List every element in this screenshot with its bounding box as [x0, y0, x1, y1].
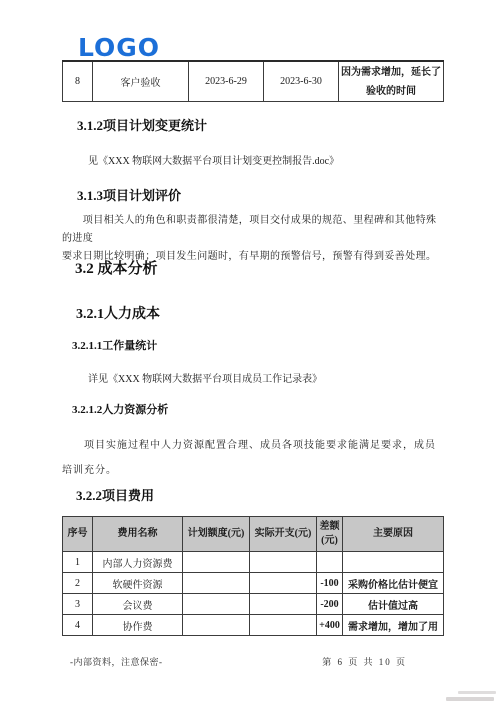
- heading-3-2: 3.2 成本分析: [75, 257, 158, 278]
- cost-no: 2: [63, 573, 93, 594]
- cost-header-reason: 主要原因: [343, 517, 444, 552]
- cost-planned: [183, 573, 250, 594]
- heading-3-2-1-2: 3.2.1.2人力资源分析: [72, 401, 168, 417]
- cost-planned: [183, 552, 250, 573]
- cost-name: 内部人力资源费: [93, 552, 183, 573]
- watermark-line: [458, 691, 496, 694]
- heading-3-1-2: 3.1.2项目计划变更统计: [77, 115, 207, 134]
- cost-table-row: 3 会议费 -200 估计值过高: [63, 594, 444, 615]
- cost-header-diff: 差额 (元): [317, 517, 343, 552]
- cost-table-row: 2 软硬件资源 -100 采购价格比估计便宜: [63, 573, 444, 594]
- milestone-plan-date: 2023-6-29: [189, 61, 264, 102]
- watermark-smudge: [446, 691, 496, 701]
- cost-table-header-row: 序号 费用名称 计划额度(元) 实际开支(元) 差额 (元) 主要原因: [63, 517, 444, 552]
- cost-actual: [250, 594, 317, 615]
- cost-diff: -200: [317, 594, 343, 615]
- milestone-table: 8 客户验收 2023-6-29 2023-6-30 因为需求增加，延长了 验收…: [62, 60, 444, 102]
- cost-header-planned: 计划额度(元): [183, 517, 250, 552]
- cost-actual: [250, 552, 317, 573]
- cost-name: 软硬件资源: [93, 573, 183, 594]
- cost-table-row: 1 内部人力资源费: [63, 552, 444, 573]
- milestone-name: 客户验收: [93, 61, 189, 102]
- cost-reason: 需求增加，增加了用: [343, 615, 444, 636]
- paragraph-3-2-1-1: 详见《XXX 物联网大数据平台项目成员工作记录表》: [88, 370, 322, 385]
- company-logo: LOGO: [78, 33, 160, 62]
- paragraph-3-2-1-2: 项目实施过程中人力资源配置合理、成员各项技能要求能满足要求，成员 培训充分。: [62, 433, 444, 483]
- heading-3-2-1-1: 3.2.1.1工作量统计: [72, 337, 157, 353]
- cost-planned: [183, 594, 250, 615]
- paragraph-3-1-2: 见《XXX 物联网大数据平台项目计划变更控制报告.doc》: [88, 152, 339, 167]
- cost-no: 4: [63, 615, 93, 636]
- cost-table: 序号 费用名称 计划额度(元) 实际开支(元) 差额 (元) 主要原因 1 内部…: [62, 516, 444, 636]
- cost-table-row: 4 协作费 +400 需求增加，增加了用: [63, 615, 444, 636]
- cost-diff: [317, 552, 343, 573]
- footer-page-number: 第 6 页 共 10 页: [322, 655, 407, 668]
- cost-header-actual: 实际开支(元): [250, 517, 317, 552]
- milestone-actual-date: 2023-6-30: [264, 61, 339, 102]
- cost-planned: [183, 615, 250, 636]
- cost-diff: +400: [317, 615, 343, 636]
- milestone-no: 8: [63, 61, 93, 102]
- watermark-line: [446, 697, 494, 701]
- cost-header-no: 序号: [63, 517, 93, 552]
- cost-reason: 采购价格比估计便宜: [343, 573, 444, 594]
- cost-reason: 估计值过高: [343, 594, 444, 615]
- cost-actual: [250, 573, 317, 594]
- heading-3-2-1: 3.2.1人力成本: [76, 303, 160, 323]
- cost-actual: [250, 615, 317, 636]
- milestone-row: 8 客户验收 2023-6-29 2023-6-30 因为需求增加，延长了 验收…: [63, 61, 444, 102]
- cost-reason: [343, 552, 444, 573]
- heading-3-1-3: 3.1.3项目计划评价: [77, 185, 181, 204]
- cost-name: 会议费: [93, 594, 183, 615]
- cost-name: 协作费: [93, 615, 183, 636]
- cost-no: 3: [63, 594, 93, 615]
- milestone-reason: 因为需求增加，延长了 验收的时间: [339, 61, 444, 102]
- cost-no: 1: [63, 552, 93, 573]
- heading-3-2-2: 3.2.2项目费用: [76, 485, 154, 504]
- cost-diff: -100: [317, 573, 343, 594]
- footer-confidential-note: -内部资料，注意保密-: [70, 655, 163, 668]
- document-page: LOGO 8 客户验收 2023-6-29 2023-6-30 因为需求增加，延…: [0, 0, 500, 707]
- cost-header-name: 费用名称: [93, 517, 183, 552]
